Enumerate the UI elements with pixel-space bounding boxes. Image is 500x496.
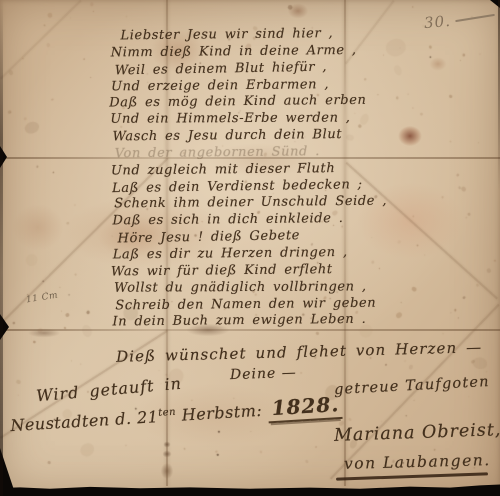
poem: Liebster Jesu wir sind hier ,Nimm dieß K…: [108, 26, 388, 332]
baptism-date-post: Herbstm:: [176, 401, 263, 425]
poem-line: In dein Buch zum ewigen Leben .: [112, 312, 388, 332]
salutation-line: Deine —: [230, 365, 297, 383]
baptism-year: 1828.: [267, 392, 342, 423]
poem-line: Was wir für dieß Kind erfleht: [111, 261, 388, 281]
signature-place: von Laubangen.: [344, 451, 491, 473]
photo-edge-left-strip: [0, 0, 3, 496]
poem-line: Von der angebornen Sünd .: [115, 143, 387, 163]
pencil-number-note: 30.: [423, 12, 451, 32]
baptism-date-superscript: ten: [158, 407, 177, 419]
poem-line: Wollst du gnädiglich vollbringen ,: [114, 279, 388, 297]
poem-line: Und ein Himmels-Erbe werden ,: [110, 110, 386, 128]
manuscript-photo: Liebster Jesu wir sind hier ,Nimm dieß K…: [0, 0, 500, 496]
